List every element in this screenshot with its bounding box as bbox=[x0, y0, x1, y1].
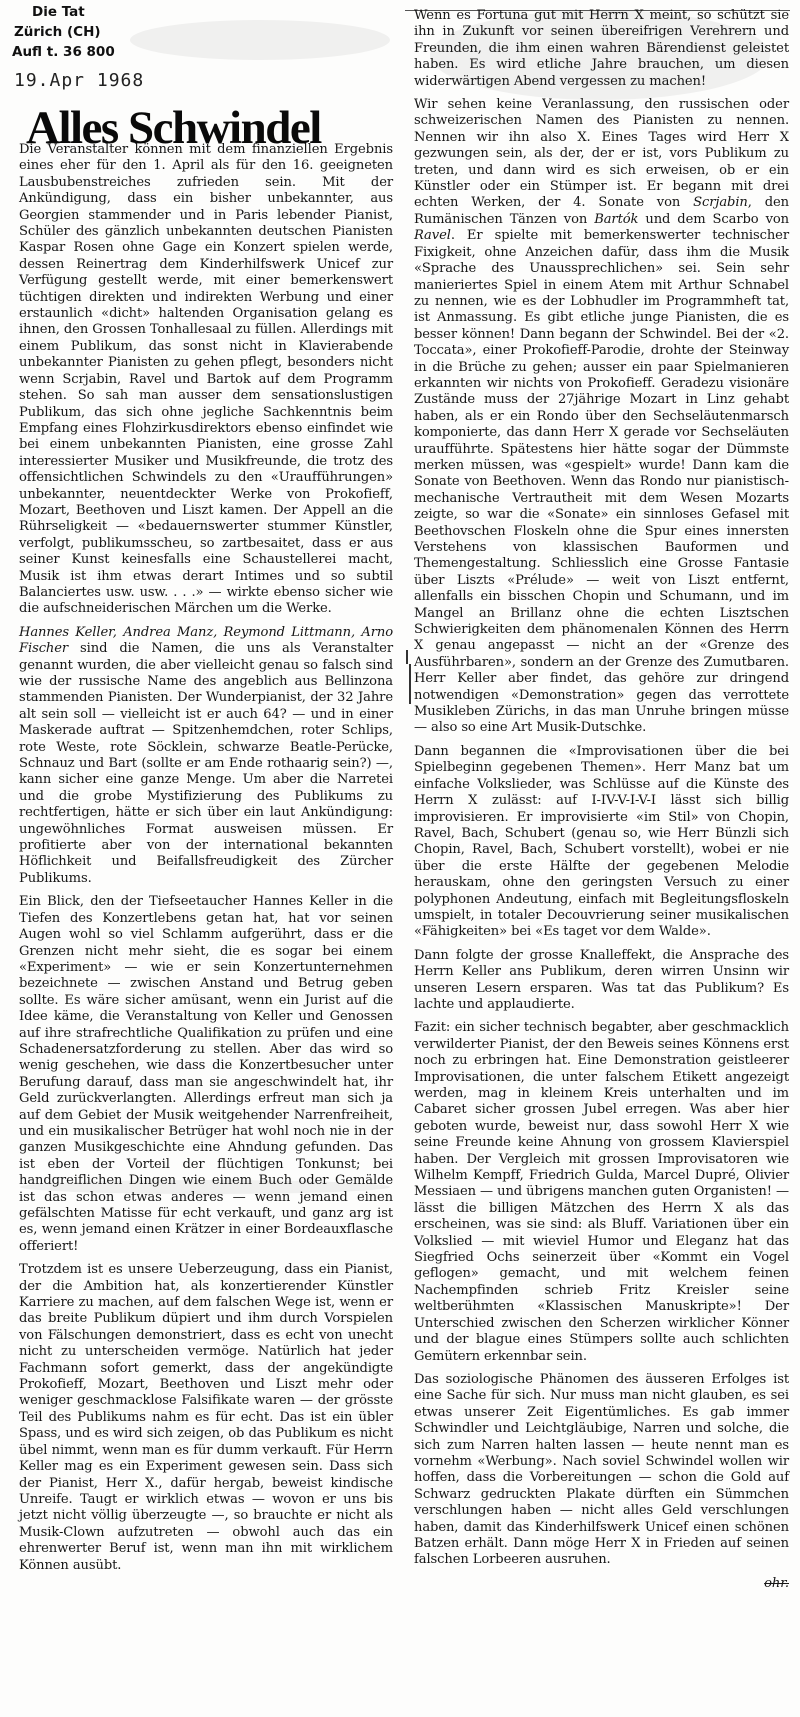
margin-mark bbox=[409, 664, 411, 704]
paragraph: Hannes Keller, Andrea Manz, Reymond Litt… bbox=[19, 625, 393, 888]
paragraph: Wenn es Fortuna gut mit Herrn X meint, s… bbox=[414, 8, 789, 90]
publication-location: Zürich (CH) bbox=[12, 22, 115, 42]
paragraph: Die Veranstalter können mit dem finanzie… bbox=[19, 142, 393, 618]
composer-name: Ravel bbox=[414, 228, 451, 243]
paragraph: Das soziologische Phänomen des äusseren … bbox=[414, 1372, 789, 1569]
paragraph: Trotzdem ist es unsere Ueberzeugung, das… bbox=[19, 1262, 393, 1574]
publication-name: Die Tat bbox=[12, 2, 115, 22]
left-column: Die Veranstalter können mit dem finanzie… bbox=[19, 142, 393, 1581]
composer-name: Scrjabin bbox=[693, 195, 748, 210]
paragraph: Wir sehen keine Veranlassung, den russis… bbox=[414, 97, 789, 737]
circulation: Aufl t. 36 800 bbox=[12, 42, 115, 62]
paragraph: Ein Blick, den der Tiefseetaucher Hannes… bbox=[19, 894, 393, 1255]
margin-mark bbox=[406, 650, 408, 664]
masthead: Die Tat Zürich (CH) Aufl t. 36 800 bbox=[12, 2, 115, 62]
paragraph: Fazit: ein sicher technisch begabter, ab… bbox=[414, 1020, 789, 1365]
newspaper-clipping: Die Tat Zürich (CH) Aufl t. 36 800 19.Ap… bbox=[0, 0, 800, 1717]
paper-smudge bbox=[130, 20, 390, 60]
paragraph: Dann begannen die «Improvisationen über … bbox=[414, 744, 789, 941]
author-signature: ohr. bbox=[414, 1576, 789, 1592]
paragraph: Dann folgte der grosse Knalleffekt, die … bbox=[414, 948, 789, 1014]
composer-name: Bartók bbox=[594, 212, 638, 227]
date-stamp: 19.Apr 1968 bbox=[14, 70, 144, 91]
right-column: Wenn es Fortuna gut mit Herrn X meint, s… bbox=[414, 8, 789, 1592]
